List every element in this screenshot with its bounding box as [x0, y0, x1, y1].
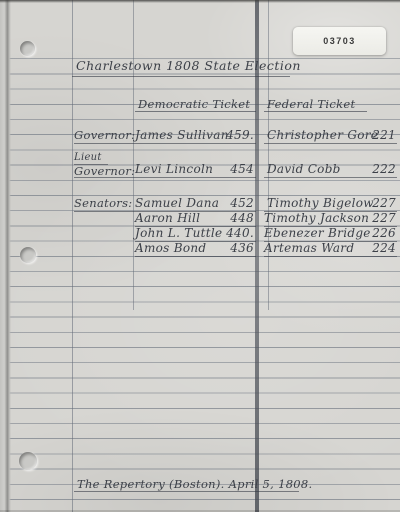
vote-count: 222: [372, 162, 396, 176]
candidate-name: Christopher Gore: [267, 128, 378, 142]
vote-count: 224: [372, 241, 396, 255]
candidate-name: Timothy Bigelow: [267, 196, 374, 210]
candidate-name: Ebenezer Bridge: [264, 226, 371, 240]
vote-count: 440.: [226, 226, 254, 240]
vote-count: 227: [372, 196, 396, 210]
archive-number-stamp: 03703: [293, 27, 386, 55]
punch-hole: [20, 247, 36, 263]
candidate-name: Artemas Ward: [264, 241, 354, 255]
punch-hole: [19, 452, 37, 470]
candidate-name: Aaron Hill: [135, 211, 200, 225]
page-top-edge: [0, 0, 400, 3]
office-label: LieutGovernor:: [74, 150, 135, 177]
column-header-federal: Federal Ticket: [264, 92, 367, 112]
office-label: Senators:: [74, 196, 132, 210]
page-title: Charlestown 1808 State Election: [72, 58, 290, 77]
punch-hole: [20, 41, 35, 56]
candidate-name: John L. Tuttle: [135, 226, 222, 240]
vote-count: 226: [372, 226, 396, 240]
candidate-name: Amos Bond: [135, 241, 206, 255]
federal-cell: David Cobb 222: [264, 149, 397, 178]
vote-count: 448: [230, 211, 254, 225]
vote-count: 227: [372, 211, 396, 225]
candidate-name: David Cobb: [267, 162, 341, 176]
vote-count: 221: [372, 128, 396, 142]
federal-cell: Artemas Ward 224: [264, 239, 397, 257]
column-header-democratic: Democratic Ticket: [135, 92, 256, 112]
vote-count: 459.: [226, 128, 254, 142]
democratic-cell: Governor: James Sullivan 459.: [74, 126, 256, 144]
federal-cell: Christopher Gore 221: [264, 126, 397, 144]
candidate-name: Levi Lincoln: [135, 162, 213, 176]
source-citation: The Repertory (Boston). April 5, 1808.: [74, 474, 299, 492]
candidate-name: Timothy Jackson: [264, 211, 369, 225]
page-left-edge: [0, 0, 11, 512]
vote-count: 454: [230, 162, 254, 176]
table-row: LieutGovernor: Levi Lincoln 454 David Co…: [74, 150, 397, 178]
archive-number: 03703: [323, 36, 356, 46]
candidate-name: James Sullivan: [135, 128, 229, 142]
ruled-lines: [0, 44, 400, 506]
democratic-cell: LieutGovernor: Levi Lincoln 454: [74, 149, 256, 178]
democratic-cell: Amos Bond 436: [135, 239, 256, 257]
vote-count: 452: [230, 196, 254, 210]
vote-count: 436: [230, 241, 254, 255]
table-row: Governor: James Sullivan 459. Christophe…: [74, 127, 397, 144]
scanned-ledger-page: 03703 Charlestown 1808 State Election De…: [0, 0, 400, 512]
office-label: Governor:: [74, 128, 135, 142]
table-row: Amos Bond 436 Artemas Ward 224: [74, 240, 397, 257]
candidate-name: Samuel Dana: [135, 196, 219, 210]
